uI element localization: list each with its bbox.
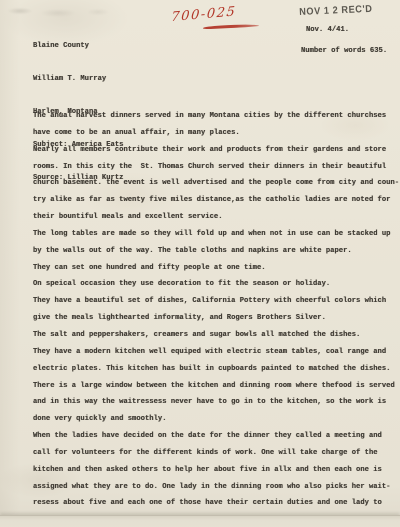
typed-line: When the ladies have decided on the date… <box>33 428 396 445</box>
typed-line: On speical occasion they use decoration … <box>33 276 396 293</box>
county-line: Blaine County <box>33 38 123 55</box>
typed-line: The salt and peppershakers, creamers and… <box>33 327 396 344</box>
typed-line: assigned what they are to do. One lady i… <box>33 479 396 496</box>
typed-line: their bountiful meals and excellent serv… <box>33 209 396 226</box>
received-date-stamp: NOV 1 2 REC'D <box>299 4 373 18</box>
typed-line: Nearly all members contribute their work… <box>33 142 396 159</box>
typed-line: kitchen and then asked others to help he… <box>33 462 396 479</box>
accession-number: 700-025 <box>171 4 237 25</box>
typed-line: church basement. the event is well adver… <box>33 175 396 192</box>
typed-line: resess about five and each one of those … <box>33 495 396 512</box>
typed-line: electric plates. This kitchen has built … <box>33 361 396 378</box>
typed-line: done very quickly and smoothly. <box>33 411 396 428</box>
typed-line: The long tables are made so they will fo… <box>33 226 396 243</box>
typed-line: and in this way the waitressess never ha… <box>33 394 396 411</box>
typed-line: call for volunteers for the different ki… <box>33 445 396 462</box>
typed-line: by the walls out of the way. The table c… <box>33 243 396 260</box>
author-line: William T. Murray <box>33 71 123 88</box>
typed-line: They can set one hundred and fifty peopl… <box>33 260 396 277</box>
document-body: The anual harvest dinners served in many… <box>33 108 396 512</box>
document-date: Nov. 4/41. <box>306 24 349 36</box>
word-count: Number of words 635. <box>301 45 387 57</box>
typed-line: rooms. In this city the St. Thomas Churc… <box>33 159 396 176</box>
typed-line: There is a large window between the kitc… <box>33 378 396 395</box>
typed-line: give the meals lighthearted informality,… <box>33 310 396 327</box>
accession-underline <box>203 24 259 30</box>
typed-line: have come to be an anual affair, in many… <box>33 125 396 142</box>
page-bottom-edge <box>0 515 400 527</box>
typed-line: They have a beautiful set of dishes, Cal… <box>33 293 396 310</box>
scanned-document-page: 700-025 NOV 1 2 REC'D Nov. 4/41. Number … <box>0 0 400 527</box>
typed-line: They have a modern kitchen well equiped … <box>33 344 396 361</box>
pencil-smudge <box>6 4 116 22</box>
typed-line: try alike as far as twenty five miles di… <box>33 192 396 209</box>
typed-line: The anual harvest dinners served in many… <box>33 108 396 125</box>
